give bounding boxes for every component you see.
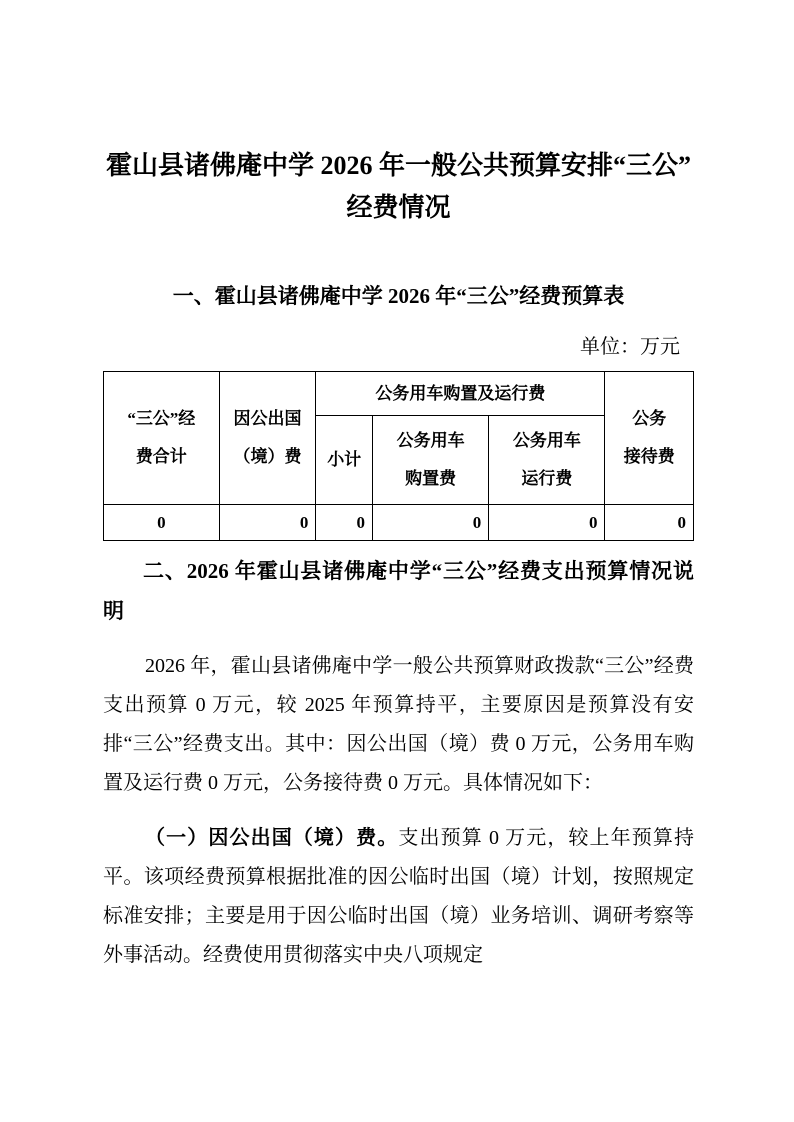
paragraph-abroad-expense: （一）因公出国（境）费。支出预算 0 万元，较上年预算持平。该项经费预算根据批准… (103, 819, 694, 975)
document-title: 霍山县诸佛庵中学 2026 年一般公共预算安排“三公” 经费情况 (103, 145, 694, 229)
header-cell-abroad: 因公出国 （境）费 (219, 372, 316, 505)
document-content: 霍山县诸佛庵中学 2026 年一般公共预算安排“三公” 经费情况 一、霍山县诸佛… (0, 145, 794, 975)
data-cell-subtotal: 0 (316, 505, 373, 541)
header-cell-operation: 公务用车 运行费 (489, 416, 605, 505)
header-cell-purchase: 公务用车 购置费 (373, 416, 489, 505)
table-header-row-1: “三公”经 费合计 因公出国 （境）费 公务用车购置及运行费 公务 接待费 (104, 372, 694, 416)
data-cell-purchase: 0 (373, 505, 489, 541)
section1-heading: 一、霍山县诸佛庵中学 2026 年“三公”经费预算表 (103, 281, 694, 311)
document-page: 霍山县诸佛庵中学 2026 年一般公共预算安排“三公” 经费情况 一、霍山县诸佛… (0, 0, 794, 1122)
budget-table: “三公”经 费合计 因公出国 （境）费 公务用车购置及运行费 公务 接待费 小计… (103, 371, 694, 541)
header-cell-subtotal: 小计 (316, 416, 373, 505)
header-cell-reception: 公务 接待费 (605, 372, 694, 505)
unit-label: 单位：万元 (103, 333, 694, 361)
document-title-line2: 经费情况 (103, 187, 694, 229)
section2-heading: 二、2026 年霍山县诸佛庵中学“三公”经费支出预算情况说明 (103, 551, 694, 631)
data-cell-reception: 0 (605, 505, 694, 541)
table-data-row: 0 0 0 0 0 0 (104, 505, 694, 541)
paragraph-abroad-expense-lead: （一）因公出国（境）费。 (145, 827, 398, 849)
data-cell-total: 0 (104, 505, 220, 541)
paragraph-budget-summary: 2026 年，霍山县诸佛庵中学一般公共预算财政拨款“三公”经费支出预算 0 万元… (103, 647, 694, 803)
data-cell-operation: 0 (489, 505, 605, 541)
header-cell-total: “三公”经 费合计 (104, 372, 220, 505)
data-cell-abroad: 0 (219, 505, 316, 541)
header-cell-vehicle-group: 公务用车购置及运行费 (316, 372, 605, 416)
document-title-line1: 霍山县诸佛庵中学 2026 年一般公共预算安排“三公” (103, 145, 694, 187)
